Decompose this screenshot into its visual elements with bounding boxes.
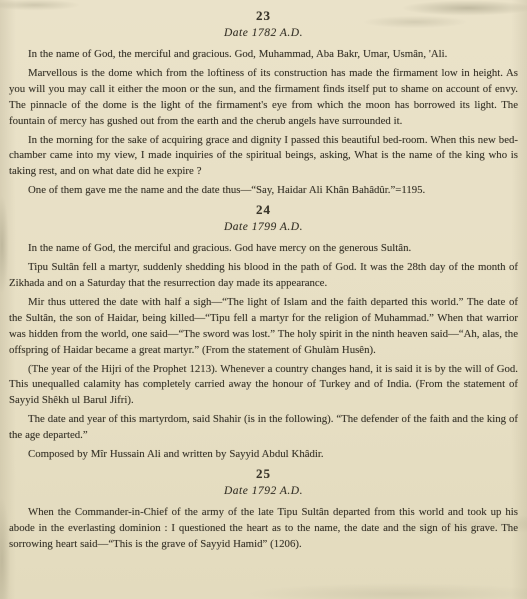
paragraph: The date and year of this martyrdom, sai… (9, 409, 518, 444)
paragraph: One of them gave me the name and the dat… (9, 180, 518, 199)
paragraph: Mir thus uttered the date with half a si… (9, 292, 518, 359)
entry-number: 24 (9, 202, 518, 217)
paragraph: (The year of the Hijri of the Prophet 12… (9, 359, 518, 410)
paragraph: Marvellous is the dome which from the lo… (9, 63, 518, 130)
paragraph: When the Commander-in-Chief of the army … (9, 502, 518, 553)
paragraph: In the name of God, the merciful and gra… (9, 238, 518, 257)
entry-23: 23 Date 1782 A.D. In the name of God, th… (9, 8, 518, 199)
paragraph: In the morning for the sake of acquiring… (9, 130, 518, 181)
entry-25: 25 Date 1792 A.D. When the Commander-in-… (9, 466, 518, 553)
paragraph: Tipu Sultân fell a martyr, suddenly shed… (9, 257, 518, 292)
paragraph: Composed by Mîr Hussain Ali and written … (9, 444, 518, 463)
entry-number: 23 (9, 8, 518, 23)
entry-date-heading: Date 1799 A.D. (9, 220, 518, 235)
paragraph: In the name of God, the merciful and gra… (9, 44, 518, 63)
scanned-book-page: 23 Date 1782 A.D. In the name of God, th… (0, 0, 527, 599)
entry-24: 24 Date 1799 A.D. In the name of God, th… (9, 202, 518, 463)
entry-date-heading: Date 1782 A.D. (9, 26, 518, 41)
entry-number: 25 (9, 466, 518, 481)
entry-date-heading: Date 1792 A.D. (9, 484, 518, 499)
